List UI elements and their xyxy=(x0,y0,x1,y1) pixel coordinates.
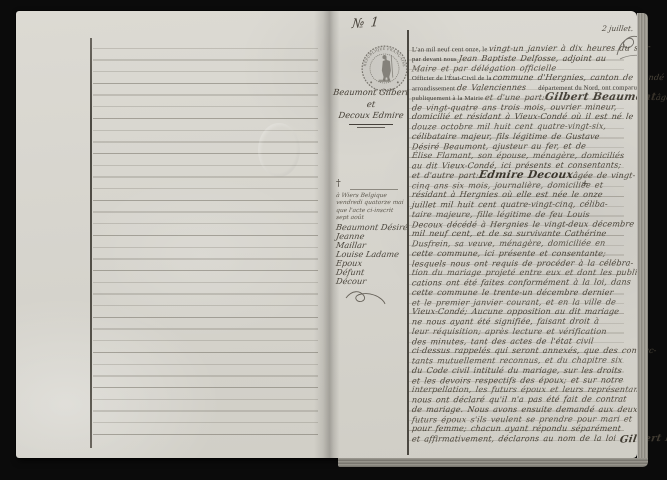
handwritten-text: et affirmativement, déclarons au nom de … xyxy=(411,433,616,444)
book-spread: № 1 2 juillet. RÉPUBLIQUE FRANÇAISE Beau… xyxy=(16,11,637,458)
margin-death-mention: † à Wiers Belgiquevendredi quatorze maiq… xyxy=(336,179,420,308)
book-fore-edge xyxy=(637,13,648,463)
handwritten-text: âgé xyxy=(656,92,667,102)
body-line: de mariage. Nous avons ensuite demandé a… xyxy=(412,402,638,412)
body-line: par devant nous Jean Baptiste Delfosse, … xyxy=(412,51,606,61)
body-line: célibataire majeur, fils légitime de Gus… xyxy=(412,129,600,139)
official-stamp-icon: RÉPUBLIQUE FRANÇAISE xyxy=(360,44,409,93)
body-line: cette commune, ici présente et consentan… xyxy=(412,246,606,256)
margin-note-name-lines: Beaumont DésiréJeanneMaillarLouise Ladam… xyxy=(336,223,420,286)
margin-underline xyxy=(349,124,393,126)
margin-title-line: Beaumont Gilbert xyxy=(331,87,410,99)
body-line: du Code civil intitulé du mariage, sur l… xyxy=(412,363,622,373)
margin-note-line: vendredi quatorze mai xyxy=(336,200,421,207)
margin-paraph-flourish-icon xyxy=(344,288,388,308)
bottom-page-stack xyxy=(338,458,648,467)
margin-spouses-names: Beaumont GilbertetDecoux Edmire xyxy=(332,87,410,128)
margin-title-line: et xyxy=(331,99,410,111)
left-page-ruled-lines xyxy=(93,37,318,435)
body-line: et affirmativement, déclarons au nom de … xyxy=(412,431,667,442)
body-line: cette commune le trente-un décembre dern… xyxy=(412,285,614,295)
margin-title-line: Decoux Edmire xyxy=(331,110,410,122)
death-cross-mark: † xyxy=(336,179,420,188)
body-line: taire majeure, fille légitime de feu Lou… xyxy=(412,207,590,217)
act-number: № 1 xyxy=(351,15,380,32)
margin-note-small-lines: à Wiers Belgiquevendredi quatorze maique… xyxy=(336,193,420,223)
margin-note-name: Décour xyxy=(335,277,420,286)
blind-stamp-embossing xyxy=(258,123,300,177)
scan-background: № 1 2 juillet. RÉPUBLIQUE FRANÇAISE Beau… xyxy=(0,0,667,480)
left-page-margin-rule xyxy=(90,38,92,448)
body-line: et d'autre part: Edmire Decoux âgée de v… xyxy=(412,168,635,178)
body-line: Maire et par délégation officielle xyxy=(412,60,556,71)
margin-underline xyxy=(357,127,385,128)
body-line: leur réquisition; après lecture et vérif… xyxy=(412,324,607,334)
margin-note-rule xyxy=(350,189,398,190)
body-line: publiquement à la Mairie et d'une part: … xyxy=(412,90,667,100)
